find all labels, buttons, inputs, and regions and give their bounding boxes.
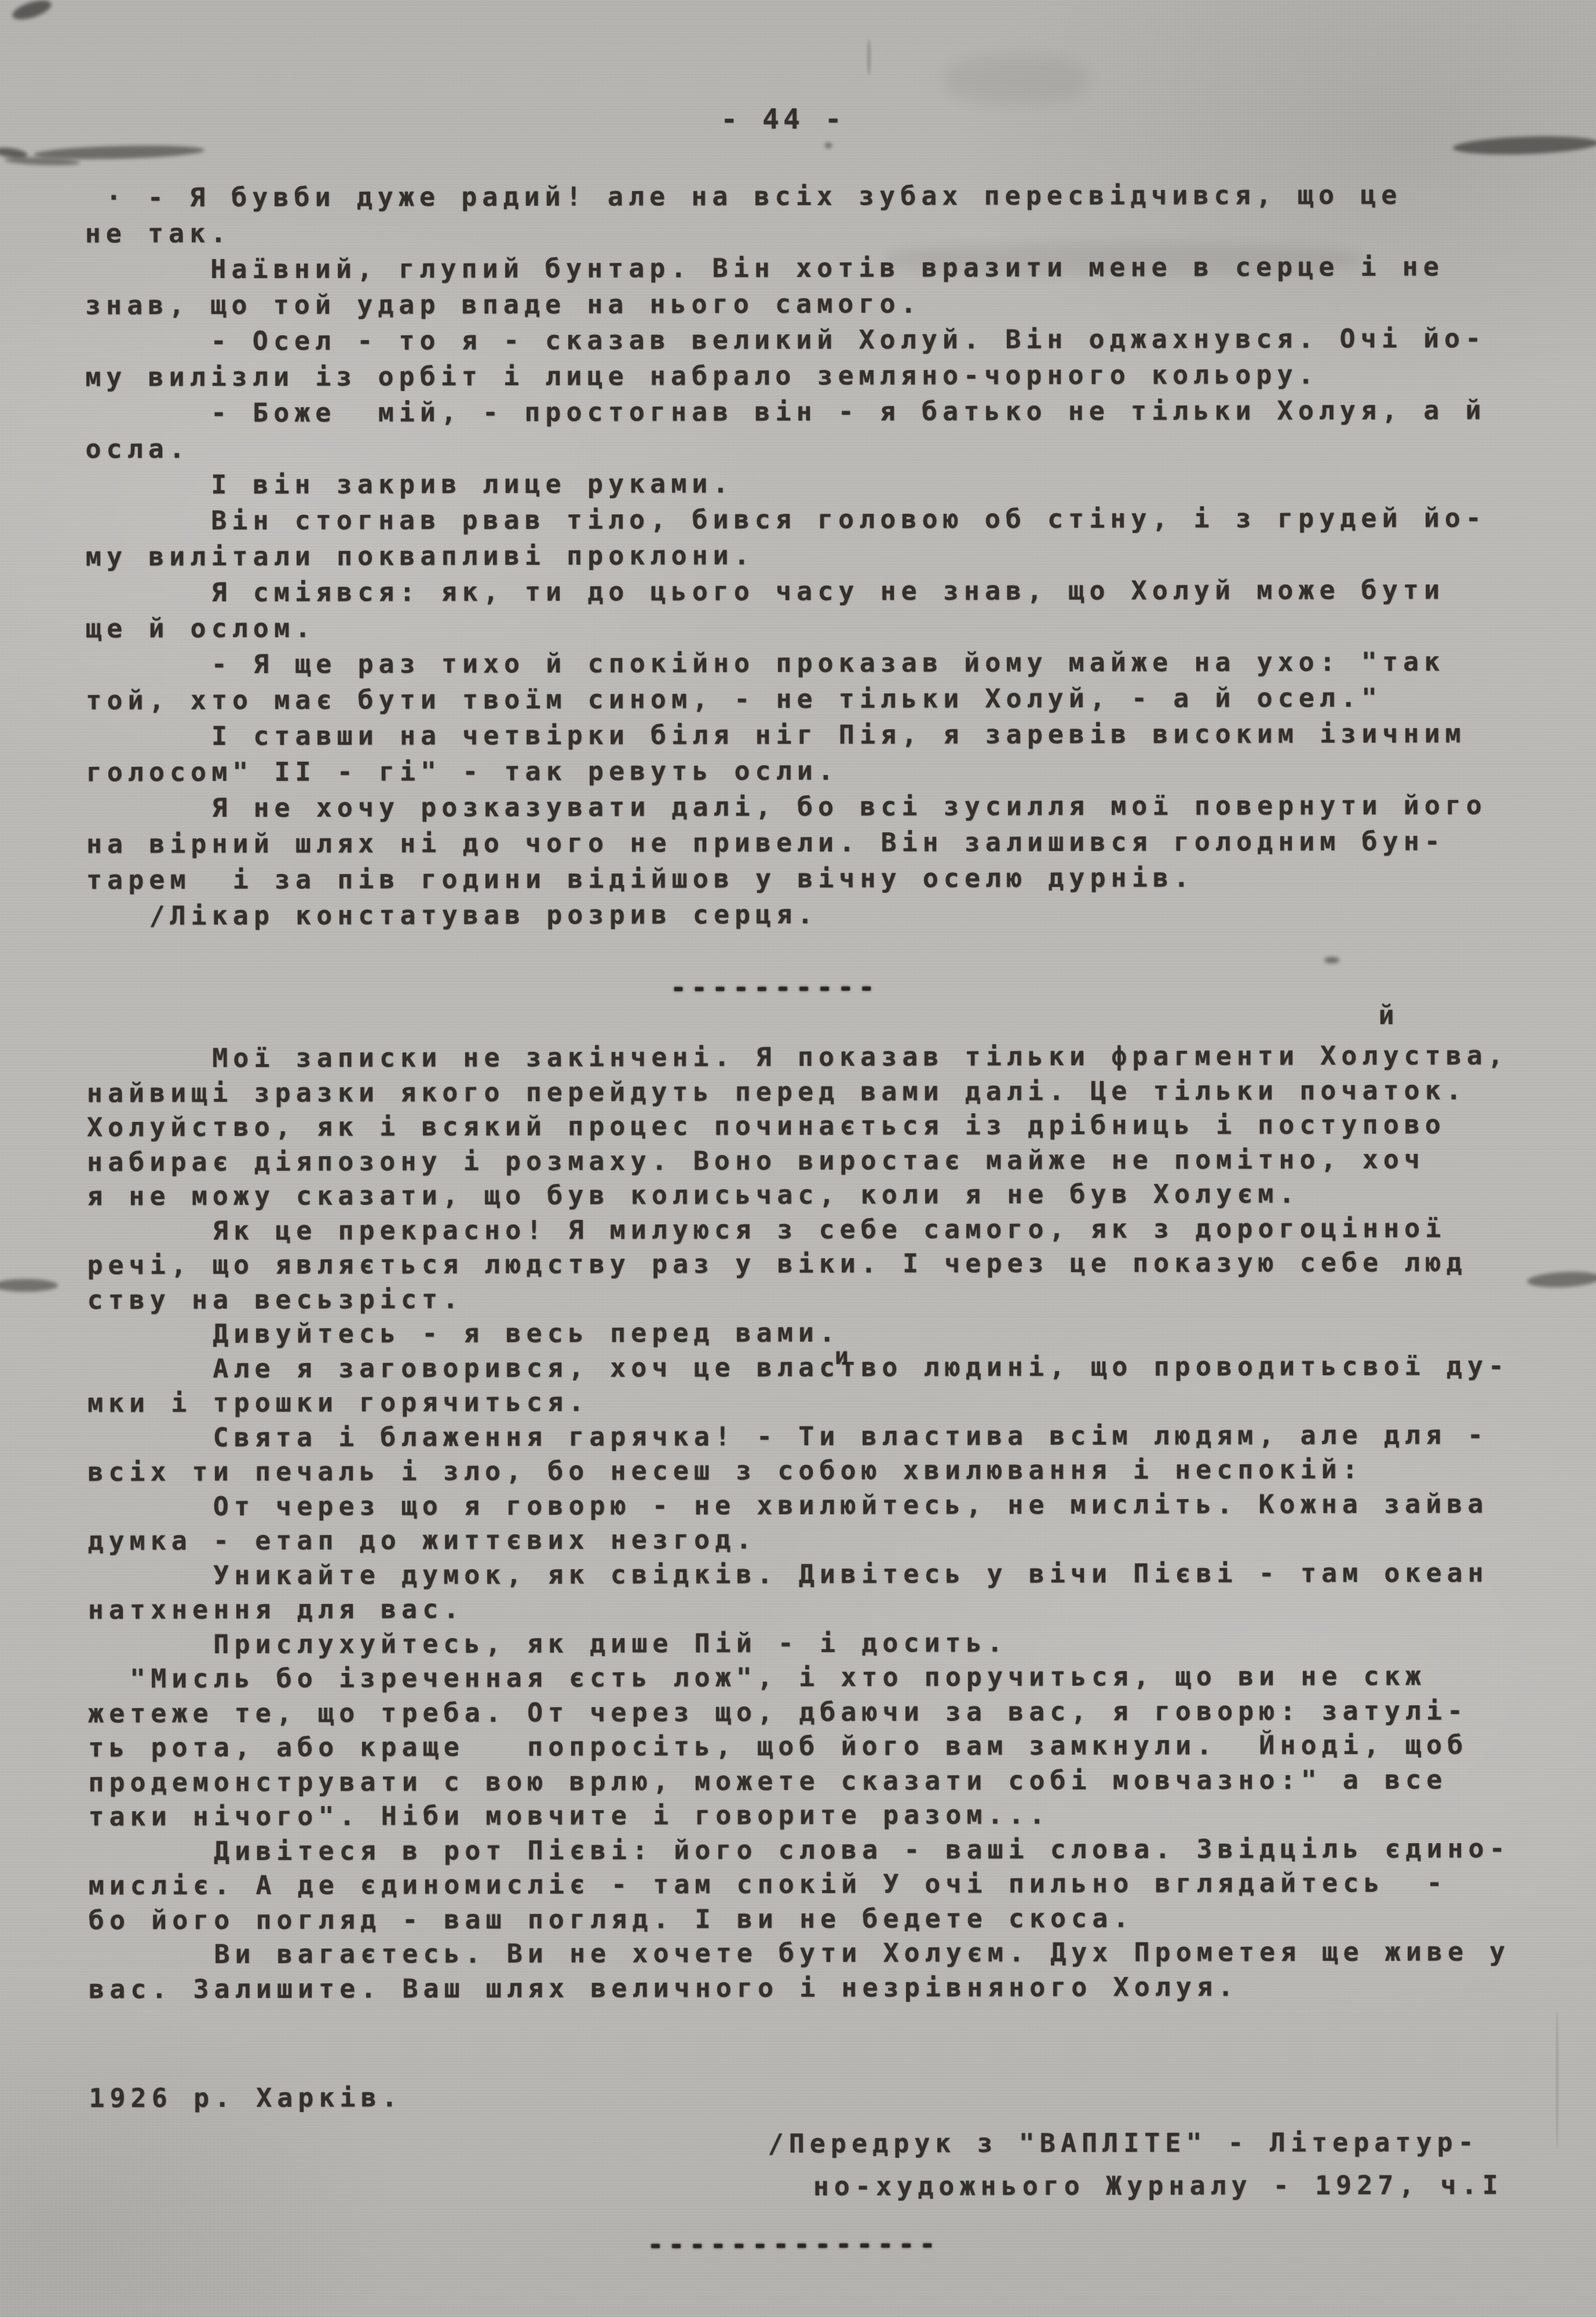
page-number: - 44 - <box>721 105 845 133</box>
text-line: · - Я бувби дуже радий! але на всіх зуба… <box>85 182 1485 221</box>
text-line: Ви вагаєтесь. Ви не хочете бути Холуєм. … <box>89 1938 1510 1976</box>
text-line: му вилітали поквапливі проклони. <box>86 541 1487 580</box>
text-line: таки нічого". Ніби мовчите і говорите ра… <box>88 1800 1510 1838</box>
text-line: найвищі зразки якого перейдуть перед вам… <box>87 1077 1509 1114</box>
text-line: - Я ще раз тихо й спокійно проказав йому… <box>86 649 1487 688</box>
text-line: осла. <box>85 433 1486 472</box>
text-line: Дивуйтесь - я весь перед вами. <box>87 1318 1509 1355</box>
text-line: Холуйство, як і всякий процес починаєтьс… <box>87 1111 1509 1149</box>
subscript-mark: и <box>835 1345 854 1368</box>
scanned-page: - 44 - · - Я бувби дуже радий! але на вс… <box>0 0 1596 2317</box>
text-line: той, хто має бути твоїм сином, - не тіль… <box>86 685 1487 723</box>
text-line: От через що я говорю - не хвилюйтесь, не… <box>87 1490 1509 1528</box>
text-line: голосом" ІІ - гі" - так ревуть осли. <box>86 757 1487 795</box>
text-line: Мої записки не закінчені. Я показав тіль… <box>87 1042 1509 1080</box>
text-line: я не можу сказати, що був колисьчас, кол… <box>87 1180 1509 1218</box>
insertion-mark: й <box>1378 1002 1399 1028</box>
text-line: всіх ти печаль і зло, бо несеш з собою х… <box>87 1456 1509 1493</box>
text-line: Я не хочу розказувати далі, бо всі зусил… <box>86 792 1487 831</box>
text-line: мисліє. А де єдиномисліє - там спокій У … <box>89 1869 1510 1907</box>
text-line: Прислухуйтесь, як дише Пій - і досить. <box>88 1628 1510 1666</box>
text-line: не так. <box>85 218 1486 257</box>
section-1: · - Я бувби дуже радий! але на всіх зуба… <box>85 182 1487 939</box>
typewritten-text: - 44 - · - Я бувби дуже радий! але на вс… <box>0 0 1596 2317</box>
text-line: вас. Залишите. Ваш шлях величного і незр… <box>89 1973 1510 2011</box>
text-line: Свята і блаження гарячка! - Ти властива … <box>87 1421 1509 1459</box>
text-line: на вірний шлях ні до чого не привели. Ві… <box>86 828 1487 867</box>
text-line: Дивітеся в рот Пієві: його слова - ваші … <box>88 1835 1510 1873</box>
text-line: бо його погляд - ваш погляд. І ви не бед… <box>89 1904 1510 1942</box>
reprint-note-line2: но-художнього Журналу - 1927, ч.І <box>813 2172 1503 2199</box>
text-line: натхнення для вас. <box>88 1594 1510 1631</box>
text-line: Я сміявся: як, ти до цього часу не знав,… <box>86 577 1487 616</box>
text-line: набирає діяпозону і розмаху. Воно вирост… <box>87 1146 1509 1183</box>
text-line: /Лікар констатував розрив серця. <box>86 900 1487 939</box>
text-line: мки і трошки горячиться. <box>87 1387 1509 1424</box>
reprint-note-line1: /Передрук з "ВАПЛІТЕ" - Літератур- <box>768 2129 1479 2157</box>
text-line: жетеже те, що треба. От через що, дбаючи… <box>88 1697 1510 1735</box>
text-line: "Мисль бо ізреченная єсть лож", і хто по… <box>88 1662 1510 1700</box>
text-line: продемонструвати с вою врлю, можете сказ… <box>88 1766 1510 1804</box>
text-line: думка - етап до життєвих незгод. <box>87 1525 1509 1562</box>
section-divider: ---------- <box>670 974 879 1001</box>
text-line: І він закрив лице руками. <box>86 469 1487 508</box>
text-line: Як це прекрасно! Я милуюся з себе самого… <box>87 1215 1509 1252</box>
text-line: знав, що той удар впаде на нього самого. <box>85 290 1486 328</box>
dateline: 1926 р. Харків. <box>89 2084 402 2111</box>
text-line: тарем і за пів години відійшов у вічну о… <box>86 864 1487 903</box>
text-line: ству на весьзріст. <box>87 1284 1509 1321</box>
text-line: Наївний, глупий бунтар. Він хотів вразит… <box>85 254 1486 293</box>
text-line: речі, що являється людству раз у віки. І… <box>87 1249 1509 1287</box>
text-line: - Осел - то я - сказав великий Холуй. Ві… <box>85 326 1486 364</box>
text-line: ще й ослом. <box>86 613 1487 652</box>
text-line: ть рота, або краще попросіть, щоб його в… <box>88 1731 1510 1769</box>
section-2: Мої записки не закінчені. Я показав тіль… <box>87 1042 1511 2010</box>
end-divider: -------------- <box>648 2231 940 2257</box>
text-line: Уникайте думок, як свідків. Дивітесь у в… <box>87 1559 1509 1597</box>
text-line: Але я заговорився, хоч це властво людині… <box>87 1353 1509 1390</box>
text-line: му вилізли із орбіт і лице набрало земля… <box>85 361 1486 400</box>
text-line: І ставши на четвірки біля ніг Пія, я зар… <box>86 721 1487 759</box>
text-line: - Боже мій, - простогнав він - я батько … <box>85 397 1486 436</box>
text-line: Він стогнав рвав тіло, бився головою об … <box>86 505 1487 544</box>
